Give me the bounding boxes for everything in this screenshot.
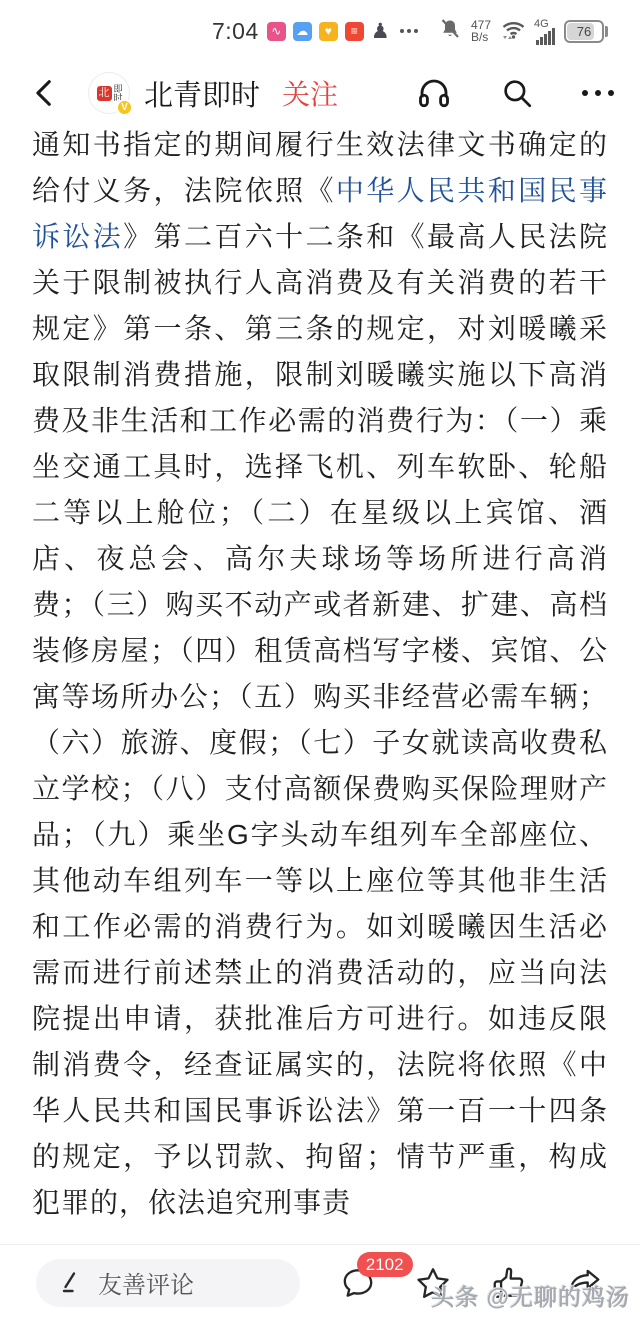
battery-icon: 76 [564,20,608,43]
comment-placeholder: 友善评论 [98,1265,194,1300]
article-header: 北 即时 V 北青即时 关注 [0,62,640,124]
status-bar: 7:04 ∿☁♥≡♟ 477 B/s 4G 76 [0,0,640,62]
search-icon[interactable] [500,76,534,110]
channel-name[interactable]: 北青即时 [144,73,260,114]
cloud-app-icon: ☁ [293,22,312,41]
comment-input[interactable]: 友善评论 [36,1259,300,1307]
verified-badge: V [116,99,133,116]
follow-button[interactable]: 关注 [282,73,338,113]
network-speed: 477 B/s [471,19,491,43]
more-options-icon[interactable] [582,76,614,110]
channel-logo-seal: 北 [97,86,112,101]
pen-icon [58,1270,84,1296]
comments-button[interactable]: 2102 [339,1264,377,1302]
wifi-icon [500,17,527,46]
qq-penguin-icon: ♟ [371,22,390,41]
audio-listen-icon[interactable] [416,75,452,111]
pink-app-icon: ∿ [267,22,286,41]
card-app-icon: ≡ [345,22,364,41]
heart-app-icon: ♥ [319,22,338,41]
comment-count-badge: 2102 [357,1252,413,1277]
cellular-signal-icon: 4G [536,18,555,45]
back-icon[interactable] [28,76,62,110]
bell-muted-icon [438,17,462,46]
phone-screen: 7:04 ∿☁♥≡♟ 477 B/s 4G 76 [0,0,640,1320]
article-body: 通知书指定的期间履行生效法律文书确定的给付义务，法院依照《中华人民共和国民事诉讼… [0,122,640,1244]
clock: 7:04 [212,18,259,45]
toutiao-watermark: 头条 @无聊的鸡汤 [431,1279,630,1312]
article-segment: 》第二百六十二条和《最高人民法院关于限制被执行人高消费及有关消费的若干规定》第一… [32,221,608,1218]
article-text: 通知书指定的期间履行生效法律文书确定的给付义务，法院依照《中华人民共和国民事诉讼… [32,122,608,1226]
more-notifications-icon [400,29,418,33]
channel-avatar[interactable]: 北 即时 V [88,72,130,114]
